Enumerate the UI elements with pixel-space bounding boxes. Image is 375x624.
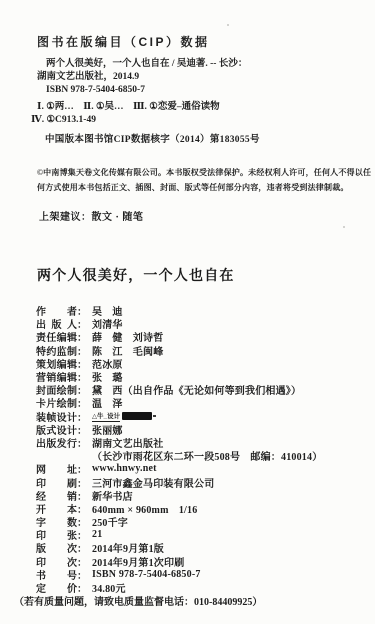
quality-note: （若有质量问题，请致电质量监督电话：010-84409925） <box>14 594 355 607</box>
credit-row: 印刷：三河市鑫金马印装有限公司 <box>36 475 355 488</box>
credit-value: 温 泽 <box>92 395 123 410</box>
credit-value: △牛_设计 <box>92 411 152 422</box>
design-studio-logo-badge <box>122 412 152 420</box>
design-studio-logo: △牛_设计 <box>92 411 120 422</box>
cip-record-isbn: ISBN 978-7-5404-6850-7 <box>37 84 247 97</box>
credit-value: 250千字 <box>92 514 128 529</box>
credit-row: 卡片绘制：温 泽 <box>36 396 355 409</box>
credit-row: 作者：吴 迪 <box>36 304 355 317</box>
credit-colon: ： <box>77 435 87 450</box>
credit-row: 印次：2014年9月第1次印刷 <box>36 555 355 568</box>
scan-speck <box>227 24 229 26</box>
classification-line: Ⅳ. ①C913.1-49 <box>31 114 220 127</box>
credit-row: 出版人：刘清华 <box>36 317 355 330</box>
credit-row: 封面绘制：黛 西（出自作品《无论如何等到我们相遇》） <box>36 383 355 396</box>
cip-record-number: 中国版本图书馆CIP数据核字（2014）第183055号 <box>45 131 260 145</box>
colophon-page: 图书在版编目（CIP）数据 两个人很美好，一个人也自在 / 吴迪著. -- 长沙… <box>0 0 375 624</box>
credit-value: www.hnwy.net <box>92 463 157 474</box>
credit-row: 经销：新华书店 <box>36 489 355 502</box>
copyright-notice: ©中南博集天卷文化传媒有限公司。本书版权受法律保护。未经权利人许可，任何人不得以… <box>37 166 371 195</box>
credit-value: （长沙市雨花区东二环一段508号 邮编：410014） <box>92 448 322 463</box>
credit-row: 策划编辑：范冰原 <box>36 357 355 370</box>
cip-record-line: 两个人很美好，一个人也自在 / 吴迪著. -- 长沙： <box>37 58 247 71</box>
credit-row: 字数：250千字 <box>36 515 355 528</box>
credit-row: 印张：21 <box>36 528 355 541</box>
credit-label: 出版发行 <box>36 435 77 450</box>
credit-row: 网址：www.hnwy.net <box>36 462 355 475</box>
shelving-suggestion: 上架建议：散文 · 随笔 <box>39 208 143 223</box>
copyright-line: 何方式使用本书包括正文、插图、封面、版式等任何部分内容，违者将受到法律制裁。 <box>37 181 371 196</box>
credit-row: 版式设计：张丽娜 <box>36 423 355 436</box>
book-title: 两个人很美好，一个人也自在 <box>37 265 235 285</box>
copyright-line: ©中南博集天卷文化传媒有限公司。本书版权受法律保护。未经权利人许可，任何人不得以… <box>37 166 371 181</box>
classification-block: Ⅰ. ①两… Ⅱ. ①吴… Ⅲ. ①恋爱–通俗读物 Ⅳ. ①C913.1-49 <box>37 101 220 127</box>
classification-line: Ⅰ. ①两… Ⅱ. ①吴… Ⅲ. ①恋爱–通俗读物 <box>37 101 220 114</box>
cip-record-line: 湖南文艺出版社，2014.9 <box>37 71 247 84</box>
cip-record-block: 两个人很美好，一个人也自在 / 吴迪著. -- 长沙： 湖南文艺出版社，2014… <box>37 58 247 97</box>
credit-row: 书号：ISBN 978-7-5404-6850-7 <box>36 568 355 581</box>
credit-row: ：（长沙市雨花区东二环一段508号 邮编：410014） <box>36 449 355 462</box>
credit-row: 定价：34.80元 <box>36 581 355 594</box>
credit-value: 黛 西（出自作品《无论如何等到我们相遇》） <box>92 382 301 397</box>
scan-speck <box>343 226 345 228</box>
credit-value: ISBN 978-7-5404-6850-7 <box>92 569 201 580</box>
credit-row: 特约监制：陈 江 毛闽峰 <box>36 344 355 357</box>
credit-value: 21 <box>92 529 102 540</box>
credit-row: 开本：640mm × 960mm 1/16 <box>36 502 355 515</box>
credit-row: 责任编辑：薛 健 刘诗哲 <box>36 330 355 343</box>
credit-row: 版次：2014年9月第1版 <box>36 541 355 554</box>
credits-list: 作者：吴 迪出版人：刘清华责任编辑：薛 健 刘诗哲特约监制：陈 江 毛闽峰策划编… <box>36 304 355 607</box>
credit-row: 装帧设计：△牛_设计 <box>36 410 355 423</box>
credit-row: 出版发行：湖南文艺出版社 <box>36 436 355 449</box>
cip-header: 图书在版编目（CIP）数据 <box>37 33 210 50</box>
credit-value: 2014年9月第1次印刷 <box>92 554 184 569</box>
credit-row: 营销编辑：张 璐 <box>36 370 355 383</box>
